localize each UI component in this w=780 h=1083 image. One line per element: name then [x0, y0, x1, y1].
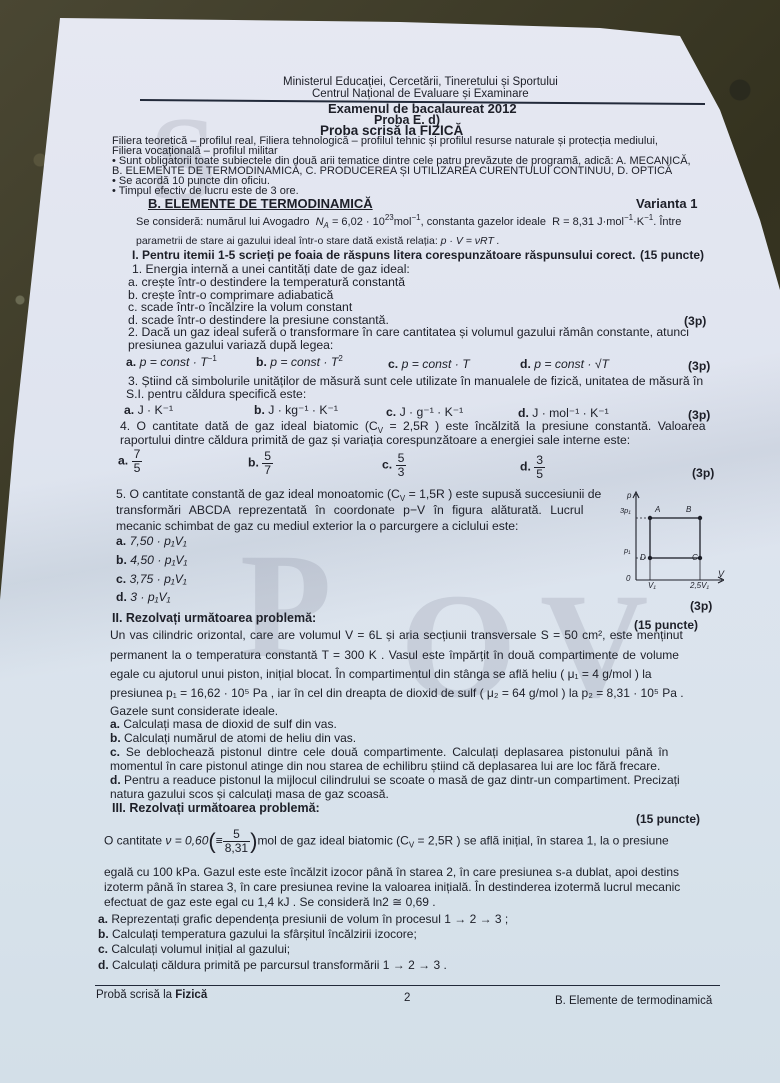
part2-text-5: Gazele sunt considerate ideale. — [110, 704, 278, 718]
q2-option-b: b. p = const · T2 — [256, 355, 343, 369]
constants-text: Se consideră: numărul lui Avogadro — [136, 216, 309, 228]
gas-constant-text: , constanta gazelor ideale — [421, 216, 546, 228]
diagram-axis-p: p — [627, 489, 631, 503]
moles-value: ν = 0,60 — [165, 834, 208, 848]
q3-option-c: c. J · g⁻¹ · K⁻¹ — [386, 405, 463, 419]
diagram-point-b: B — [686, 503, 691, 517]
q3-option-a: a. J · K⁻¹ — [124, 403, 173, 417]
section-title: B. ELEMENTE DE TERMODINAMICĂ — [148, 197, 373, 211]
part3-item-a: a. Reprezentați grafic dependența presiu… — [98, 912, 508, 926]
gas-constant-value: R = 8,31 J·mol — [552, 216, 624, 228]
part2-item-c-2: momentul în care pistonul atinge din nou… — [110, 759, 660, 773]
q5-text-3: mecanic schimbat de gaz cu mediul exteri… — [116, 519, 518, 533]
part3-item-c: c. Calculați volumul inițial al gazului; — [98, 942, 290, 956]
q4-text-1: 4. O cantitate dată de gaz ideal biatomi… — [120, 419, 706, 433]
part2-item-d-1: d. Pentru a readuce pistonul la mijlocul… — [110, 773, 680, 787]
q2-option-a: a. p = const · T−1 — [126, 355, 217, 369]
ideal-gas-formula: p · V = νRT . — [441, 235, 500, 247]
part3-item-d: d. Calculați căldura primită pe parcursu… — [98, 958, 447, 972]
part1-points: (15 puncte) — [640, 248, 704, 262]
diagram-point-d: D — [640, 551, 646, 565]
q5-option-d: d. 3 · p₁V₁ — [116, 590, 170, 604]
diagram-tick-2-5v1: 2,5V₁ — [690, 579, 709, 593]
diagram-tick-3p1: 3p₁ — [620, 504, 631, 518]
part2-item-d-2: natura gazului scos și calculați masa de… — [110, 787, 389, 801]
q4-option-b: b. 57 — [248, 450, 273, 477]
part2-item-a: a. Calculați masa de dioxid de sulf din … — [110, 717, 337, 731]
diagram-origin: 0 — [626, 572, 630, 586]
diagram-point-a: A — [655, 503, 660, 517]
q5-option-b: b. 4,50 · p₁V₁ — [116, 553, 187, 567]
q4-points: (3p) — [692, 466, 714, 480]
q5-option-c: c. 3,75 · p₁V₁ — [116, 572, 187, 586]
footer-left: Probă scrisă la Fizică — [96, 988, 207, 1002]
part3-item-b: b. Calculați temperatura gazului la sfâr… — [98, 927, 417, 941]
q3-option-b: b. J · kg⁻¹ · K⁻¹ — [254, 403, 338, 417]
part2-text-4: presiunea p₁ = 16,62 · 10⁵ Pa , iar în c… — [110, 686, 684, 700]
q1-text: 1. Energia internă a unei cantități date… — [132, 262, 410, 276]
pv-cycle-diagram — [618, 488, 724, 588]
variant-label: Varianta 1 — [636, 197, 697, 211]
diagram-tick-v1: V₁ — [648, 579, 656, 593]
part3-points: (15 puncte) — [636, 812, 700, 826]
footer-right: B. Elemente de termodinamică — [555, 994, 712, 1008]
part2-text-1: Un vas cilindric orizontal, care are vol… — [110, 628, 683, 642]
header-center: Centrul Național de Evaluare și Examinar… — [312, 87, 529, 101]
diagram-point-c: C — [692, 551, 698, 565]
part2-item-b: b. Calculați numărul de atomi de heliu d… — [110, 731, 356, 745]
part3-text-2: egală cu 100 kPa. Gazul este este încălz… — [104, 865, 679, 879]
part2-text-3: egale cu ajutorul unui piston, inițial b… — [110, 667, 652, 681]
q2-option-d: d. p = const · √T — [520, 357, 609, 371]
q2-option-c: c. p = const · T — [388, 357, 470, 371]
part3-text-3: izoterm până în starea 3, în care presiu… — [104, 880, 680, 894]
q4-text-2: raportului dintre căldura primită de gaz… — [120, 433, 630, 447]
q4-option-c: c. 53 — [382, 452, 406, 479]
ideal-gas-relation: parametrii de stare ai gazului ideal înt… — [136, 234, 500, 248]
part1-title: I. Pentru itemii 1-5 scrieți pe foaia de… — [132, 248, 636, 262]
part2-text-2: permanent la o temperatura constantă T =… — [110, 648, 679, 662]
part3-title: III. Rezolvați următoarea problemă: — [112, 801, 320, 815]
q1-option-c: c. scade într-o încălzire la volum const… — [128, 300, 352, 314]
q5-text-2: transformări ABCDA reprezentată în coord… — [116, 503, 583, 517]
q4-option-d: d. 35 — [520, 454, 545, 481]
diagram-tick-p1: p₁ — [624, 544, 631, 558]
footer-rule — [95, 985, 720, 986]
q2-text-2: presiunea gazului variază după legea: — [128, 338, 333, 352]
exam-document: Ministerul Educației, Cercetării, Tinere… — [0, 0, 780, 1083]
part3-text-1: O cantitate ν = 0,60(≡58,31)mol de gaz i… — [104, 828, 669, 855]
q3-option-d: d. J · mol⁻¹ · K⁻¹ — [518, 406, 609, 420]
avogadro-symbol: NA — [316, 216, 329, 228]
diagram-axis-v: V — [718, 567, 724, 581]
q2-text-1: 2. Dacă un gaz ideal suferă o transforma… — [128, 325, 689, 339]
q4-option-a: a. 75 — [118, 448, 142, 475]
avogadro-value: = 6,02 · 10 — [329, 216, 385, 228]
q3-text-2: S.I. pentru căldura specifică este: — [126, 387, 306, 401]
q5-option-a: a. 7,50 · p₁V₁ — [116, 534, 187, 548]
constants-line: Se consideră: numărul lui Avogadro NA = … — [136, 215, 681, 229]
q5-points: (3p) — [690, 599, 712, 613]
part2-item-c-1: c. Se deblochează pistonul dintre cele d… — [110, 745, 668, 759]
q3-text-1: 3. Știind că simbolurile unităților de m… — [128, 374, 703, 388]
q2-points: (3p) — [688, 359, 710, 373]
footer-page-number: 2 — [404, 991, 410, 1005]
q1-option-a: a. crește într-o destindere la temperatu… — [128, 275, 405, 289]
part2-title: II. Rezolvați următoarea problemă: — [112, 611, 316, 625]
q5-text-1: 5. O cantitate constantă de gaz ideal mo… — [116, 487, 601, 501]
part3-text-4: efectuat de gaz este egal cu 1,4 kJ . Se… — [104, 895, 436, 909]
